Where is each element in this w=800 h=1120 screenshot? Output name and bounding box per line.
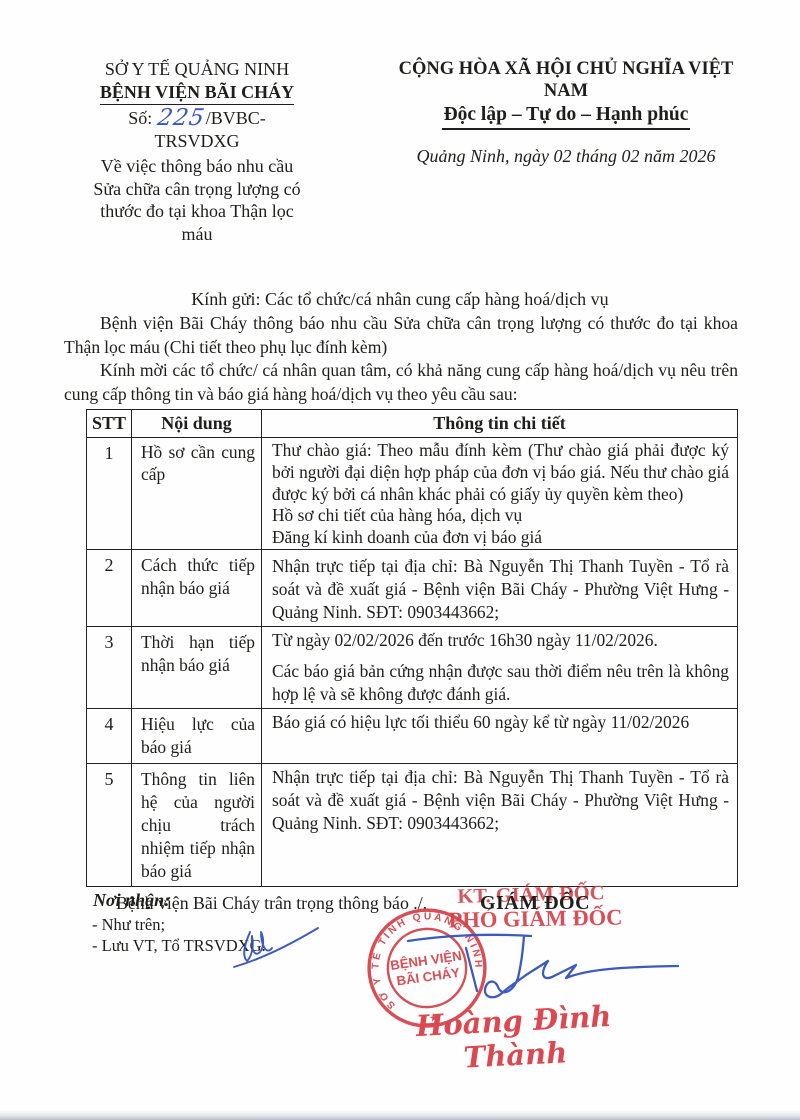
column-header-chitiet: Thông tin chi tiết — [262, 410, 738, 438]
table-row: 5 Thông tin liên hệ của người chịu trách… — [87, 763, 738, 886]
subject-line: thước đo tại khoa Thận lọc máu — [88, 200, 306, 245]
table-row: 2 Cách thức tiếp nhận báo giá Nhận trực … — [87, 549, 738, 626]
detail-line: Đăng kí kinh doanh của đơn vị báo giá — [272, 527, 729, 549]
issuer-organization: BỆNH VIỆN BÃI CHÁY — [88, 81, 306, 106]
row-topic: Hồ sơ cần cung cấp — [132, 438, 262, 550]
table-row: 1 Hồ sơ cần cung cấp Thư chào giá: Theo … — [87, 438, 738, 550]
handwritten-number: 225 — [156, 109, 206, 127]
recipient-item: - Như trên; — [92, 915, 165, 935]
detail-line: Nhận trực tiếp tại địa chỉ: Bà Nguyễn Th… — [272, 555, 729, 624]
table-header-row: STT Nội dung Thông tin chi tiết — [87, 410, 738, 438]
detail-line: Các báo giá bản cứng nhận được sau thời … — [272, 660, 729, 706]
subject-line: Về việc thông báo nhu cầu — [88, 155, 306, 178]
quote-request-table: STT Nội dung Thông tin chi tiết 1 Hồ sơ … — [86, 409, 738, 887]
row-details: Thư chào giá: Theo mẫu đính kèm (Thư chà… — [262, 438, 738, 550]
national-title: CỘNG HÒA XÃ HỘI CHỦ NGHĨA VIỆT NAM — [390, 58, 742, 102]
column-header-noidung: Nội dung — [132, 410, 262, 438]
salutation-line: Kính gửi: Các tổ chức/cá nhân cung cấp h… — [0, 289, 800, 310]
national-motto: Độc lập – Tự do – Hạnh phúc — [390, 104, 742, 130]
scan-edge-shadow — [0, 1110, 800, 1120]
national-motto-block: CỘNG HÒA XÃ HỘI CHỦ NGHĨA VIỆT NAM Độc l… — [390, 58, 742, 245]
issuer-block: SỞ Y TẾ QUẢNG NINH BỆNH VIỆN BÃI CHÁY Số… — [88, 58, 306, 245]
table-row: 4 Hiệu lực của báo giá Báo giá có hiệu l… — [87, 708, 738, 763]
paragraph-invitation: Kính mời các tổ chức/ cá nhân quan tâm, … — [64, 359, 738, 406]
detail-line: Báo giá có hiệu lực tối thiểu 60 ngày kể… — [272, 711, 729, 734]
recipients-title: Nơi nhận: — [93, 890, 170, 911]
row-index: 1 — [87, 438, 132, 550]
body-paragraphs: Bệnh viện Bãi Cháy thông báo nhu cầu Sửa… — [64, 312, 738, 406]
printed-title-giam-doc: GIÁM ĐỐC — [455, 892, 615, 915]
detail-line: Thư chào giá: Theo mẫu đính kèm (Thư chà… — [272, 440, 729, 505]
row-details: Báo giá có hiệu lực tối thiểu 60 ngày kể… — [262, 708, 738, 763]
clerk-initials-ink — [228, 918, 328, 978]
issuer-agency: SỞ Y TẾ QUẢNG NINH — [88, 58, 306, 81]
document-header: SỞ Y TẾ QUẢNG NINH BỆNH VIỆN BÃI CHÁY Số… — [0, 0, 800, 245]
subject-line: Sửa chữa cân trọng lượng có — [88, 178, 306, 201]
scanned-document-page: SỞ Y TẾ QUẢNG NINH BỆNH VIỆN BÃI CHÁY Số… — [0, 0, 800, 1120]
table-row: 3 Thời hạn tiếp nhận báo giá Từ ngày 02/… — [87, 626, 738, 708]
detail-line: Nhận trực tiếp tại địa chỉ: Bà Nguyễn Th… — [272, 766, 729, 835]
column-header-stt: STT — [87, 410, 132, 438]
director-signature-ink — [390, 925, 690, 1025]
place-date-line: Quảng Ninh, ngày 02 tháng 02 năm 2026 — [390, 146, 742, 167]
row-index: 4 — [87, 708, 132, 763]
row-details: Từ ngày 02/02/2026 đến trước 16h30 ngày … — [262, 626, 738, 708]
row-topic: Thời hạn tiếp nhận báo giá — [132, 626, 262, 708]
paragraph-announcement: Bệnh viện Bãi Cháy thông báo nhu cầu Sửa… — [64, 312, 738, 359]
document-number: Số: 225/BVBC-TRSVDXG — [88, 107, 306, 152]
row-index: 3 — [87, 626, 132, 708]
row-details: Nhận trực tiếp tại địa chỉ: Bà Nguyễn Th… — [262, 763, 738, 886]
row-topic: Cách thức tiếp nhận báo giá — [132, 549, 262, 626]
row-topic: Hiệu lực của báo giá — [132, 708, 262, 763]
row-index: 5 — [87, 763, 132, 886]
row-details: Nhận trực tiếp tại địa chỉ: Bà Nguyễn Th… — [262, 549, 738, 626]
detail-line: Hồ sơ chi tiết của hàng hóa, dịch vụ — [272, 505, 729, 527]
row-topic: Thông tin liên hệ của người chịu trách n… — [132, 763, 262, 886]
detail-line: Từ ngày 02/02/2026 đến trước 16h30 ngày … — [272, 629, 729, 652]
row-index: 2 — [87, 549, 132, 626]
